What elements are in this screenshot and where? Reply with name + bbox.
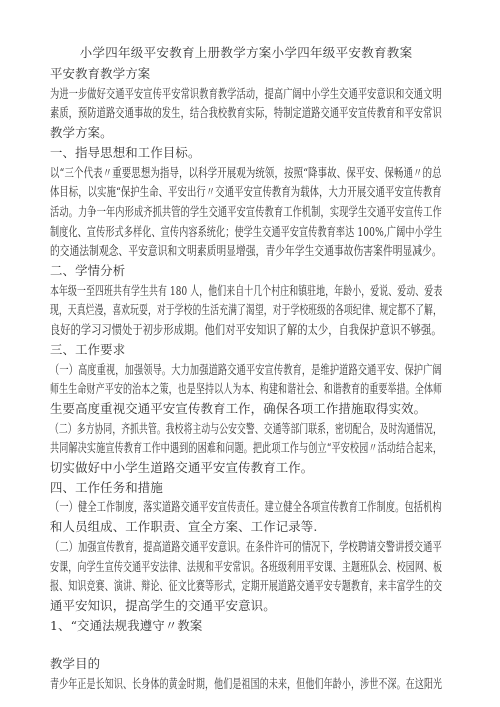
text-line: 教学目的: [50, 654, 442, 674]
text-line: 现，天真烂漫，喜欢玩耍，对于学校的生活充满了渴望，对于学校班级的各项纪律、规定都…: [50, 300, 328, 320]
text-line: 1、“交通法规我遵守〃教案: [50, 616, 442, 636]
text-line: 安课，向学生宣传交通平安法律、法规和平安常识。各班级利用平安课、主题班队会、校园…: [50, 557, 335, 577]
text-line: 的交通法制观念、平安意识和文明素质明显增强，青少年学生交通事故伤害案件明显减少。: [50, 241, 356, 261]
text-line: 青少年正是长知识、长身体的黄金时期，他们是祖国的未来，但他们年龄小，涉世不深。在…: [50, 674, 335, 694]
text-line: 教学方案。: [50, 123, 442, 143]
text-line: （一）高度重视，加强领导。大力加强道路交通平安宣传教育，是维护道路交通平安、保护…: [50, 360, 342, 380]
text-line: （二）多方协同，齐抓共管。我校将主动与公安交警、交通等部门联系，密切配合，及时沟…: [50, 419, 328, 439]
text-line: 制度化、宣传形式多样化、宣传内容系统化；使学生交通平安宣传教育率达 100%,广…: [50, 222, 338, 242]
text-line: 良好的学习习惯处于初步形成期。他们对平安知识了解的太少，自我保护意识不够强。: [50, 320, 372, 340]
text-line: 以“三个代表〃重要思想为指导，以科学开展观为统领，按照“降事故、保平安、保畅通〃…: [50, 163, 348, 183]
text-line: 平安教育教学方案: [50, 64, 442, 84]
document-title: 小学四年级平安教育上册教学方案小学四年级平安教育教案: [50, 44, 442, 62]
text-line: 共同解决实施宣传教育工作中遇到的困难和问题。把此项工作与创立“平安校园〃活动结合…: [50, 438, 338, 458]
text-line: 报、知识竞赛、演讲、辩论、征文比赛等形式，定期开展道路交通平安专题教育，来丰富学…: [50, 576, 335, 596]
text-line: （二）加强宣传教育，提高道路交通平安意识。在条件许可的情况下，学校聘请交警讲授交…: [50, 537, 342, 557]
text-line: 为进一步做好交通平安宣传平安常识教育教学活动，提高广阔中小学生交通平安意识和交通…: [50, 84, 342, 104]
text-line: 本年级一至四班共有学生共有 180 人，他们来自十几个村庄和镇驻地，年龄小，爱说…: [50, 281, 331, 301]
text-line: 一、指导思想和工作目标。: [50, 143, 442, 163]
text-line: 师生生命财产平安的治本之策，也是坚持以人为本、构建和谐社会、和谐教育的重要举措。…: [50, 379, 335, 399]
text-line: 三、工作要求: [50, 340, 442, 360]
text-line: 切实做好中小学生道路交通平安宣传教育工作。: [50, 458, 442, 478]
text-line: 和人员组成、工作职责、宣全方案、工作记录等.: [50, 517, 442, 537]
text-line: 素质，预防道路交通事故的发生，结合我校教育实际，特制定道路交通平安宣传教育和平安…: [50, 103, 342, 123]
document-body: 平安教育教学方案为进一步做好交通平安宣传平安常识教育教学活动，提高广阔中小学生交…: [50, 64, 442, 635]
document-body-continued: 教学目的青少年正是长知识、长身体的黄金时期，他们是祖国的未来，但他们年龄小，涉世…: [50, 654, 442, 693]
document-page: 小学四年级平安教育上册教学方案小学四年级平安教育教案 平安教育教学方案为进一步做…: [50, 44, 442, 694]
text-line: 二、学情分析: [50, 261, 442, 281]
text-line: 体目标，以实施“保护生命、平安出行〃交通平安宣传教育为载体，大力开展交通平安宣传…: [50, 182, 345, 202]
text-line: 活动。力争一年内形成齐抓共管的学生交通平安宣传教育工作机制，实现学生交通平安宣传…: [50, 202, 342, 222]
text-line: （一）健全工作制度，落实道路交通平安宣传责任。建立健全各项宣传教育工作制度。包括…: [50, 497, 342, 517]
text-line: 通平安知识，提高学生的交通平安意识。: [50, 596, 442, 616]
paragraph-gap: [50, 635, 442, 654]
text-line: 生要高度重视交通平安宣传教育工作，确保各项工作措施取得实效。: [50, 399, 442, 419]
text-line: 四、工作任务和措施: [50, 478, 442, 498]
